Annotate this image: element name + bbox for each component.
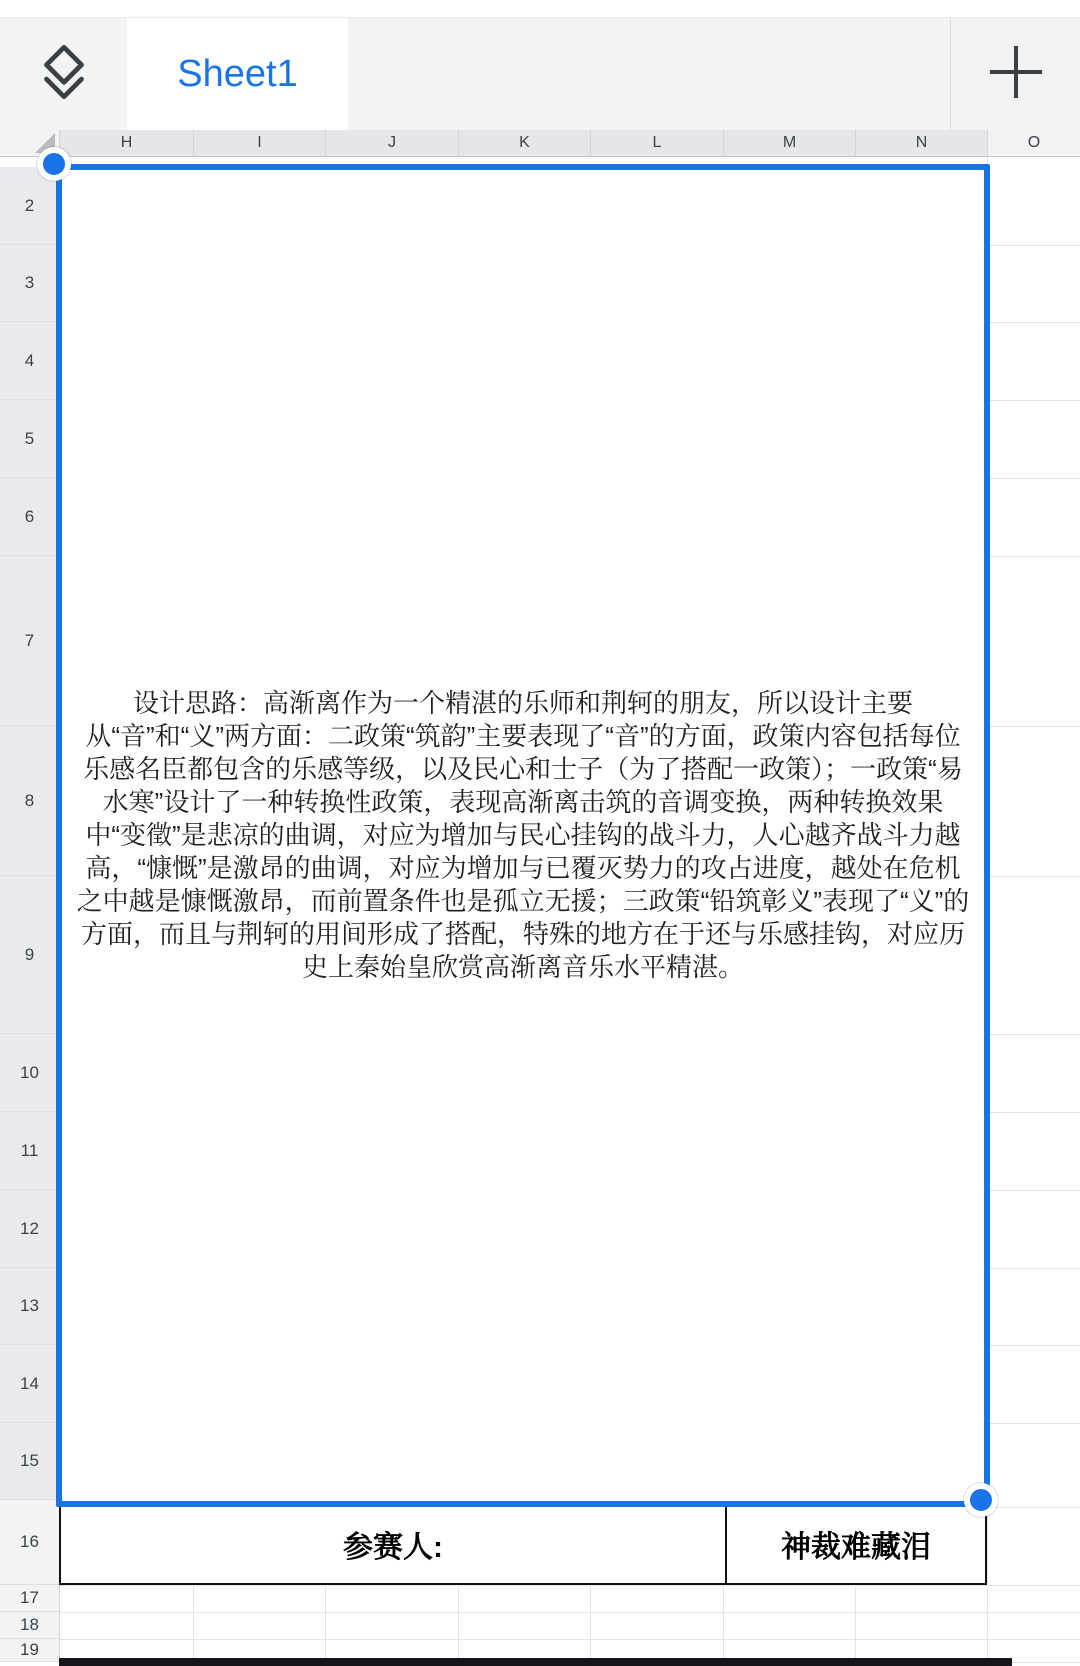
footer-row: 参赛人: 神裁难藏泪 <box>59 1503 987 1585</box>
row-header-15[interactable]: 15 <box>0 1423 59 1500</box>
gridline <box>987 1423 1080 1424</box>
gridline <box>987 1190 1080 1191</box>
gridline <box>855 1585 856 1666</box>
top-strip <box>0 0 1080 18</box>
gridline <box>590 1585 591 1666</box>
row-header-7[interactable]: 7 <box>0 556 59 726</box>
row-header-17[interactable]: 17 <box>0 1585 59 1612</box>
column-header-i[interactable]: I <box>193 130 325 156</box>
gridline <box>987 400 1080 401</box>
contestant-name-cell[interactable]: 神裁难藏泪 <box>725 1505 985 1583</box>
row-header-9[interactable]: 9 <box>0 876 59 1034</box>
stacked-sheets-icon <box>38 41 90 108</box>
row-header-8[interactable]: 8 <box>0 726 59 876</box>
selection-handle-top-left[interactable] <box>37 147 71 181</box>
row-header-19[interactable]: 19 <box>0 1639 59 1662</box>
row-header-11[interactable]: 11 <box>0 1112 59 1190</box>
gridline <box>193 1585 194 1666</box>
spreadsheet-grid: 2 3 4 5 6 7 8 9 10 11 12 13 14 15 16 17 … <box>0 157 1080 1666</box>
gridline <box>987 322 1080 323</box>
row-header-14[interactable]: 14 <box>0 1345 59 1423</box>
gridline <box>987 1345 1080 1346</box>
gridline <box>59 1585 1080 1586</box>
gridline <box>987 1268 1080 1269</box>
gridline <box>325 1585 326 1666</box>
column-header-row: H I J K L M N O <box>0 130 1080 157</box>
row-header-6[interactable]: 6 <box>0 478 59 556</box>
row-header-10[interactable]: 10 <box>0 1034 59 1112</box>
gridline <box>59 157 60 1666</box>
gridline <box>987 876 1080 877</box>
gridline <box>987 478 1080 479</box>
gridline <box>987 245 1080 246</box>
column-header-h[interactable]: H <box>59 130 193 156</box>
row-header-3[interactable]: 3 <box>0 245 59 322</box>
contestant-label-cell[interactable]: 参赛人: <box>61 1505 725 1583</box>
column-header-m[interactable]: M <box>723 130 855 156</box>
sheets-mobile-screen: Sheet1 H I J K L M N O <box>0 0 1080 1666</box>
selection-handle-bottom-right[interactable] <box>964 1483 998 1517</box>
gridline <box>987 157 988 1666</box>
column-header-n[interactable]: N <box>855 130 987 156</box>
column-header-k[interactable]: K <box>458 130 590 156</box>
row-header-18[interactable]: 18 <box>0 1612 59 1639</box>
row-header-16[interactable]: 16 <box>0 1500 59 1585</box>
tab-sheet1[interactable]: Sheet1 <box>127 18 348 130</box>
row-header-12[interactable]: 12 <box>0 1190 59 1268</box>
column-header-o[interactable]: O <box>987 130 1080 156</box>
column-header-l[interactable]: L <box>590 130 723 156</box>
add-sheet-button[interactable] <box>950 18 1080 130</box>
row-header-4[interactable]: 4 <box>0 322 59 400</box>
row-header-5[interactable]: 5 <box>0 400 59 478</box>
merged-cell-design-notes[interactable]: 设计思路：高渐离作为一个精湛的乐师和荆轲的朋友，所以设计主要从“音”和“义”两方… <box>62 170 984 1500</box>
gridline <box>987 726 1080 727</box>
gridline <box>987 1034 1080 1035</box>
design-notes-text: 设计思路：高渐离作为一个精湛的乐师和荆轲的朋友，所以设计主要从“音”和“义”两方… <box>62 687 984 984</box>
sheet-switcher-button[interactable] <box>0 18 127 130</box>
sheet-tab-bar: Sheet1 <box>0 18 1080 130</box>
gridline <box>723 1585 724 1666</box>
tab-sheet1-label: Sheet1 <box>177 53 297 96</box>
gridline <box>987 556 1080 557</box>
column-header-j[interactable]: J <box>325 130 458 156</box>
gridline <box>987 1112 1080 1113</box>
gridline <box>458 1585 459 1666</box>
gridline <box>987 1507 1080 1508</box>
bottom-dark-bar <box>59 1658 1012 1666</box>
plus-icon <box>986 42 1046 107</box>
row-header-13[interactable]: 13 <box>0 1268 59 1345</box>
gridline <box>59 1612 1080 1613</box>
tab-bar-empty-area <box>348 18 950 130</box>
gridline <box>59 1639 1080 1640</box>
